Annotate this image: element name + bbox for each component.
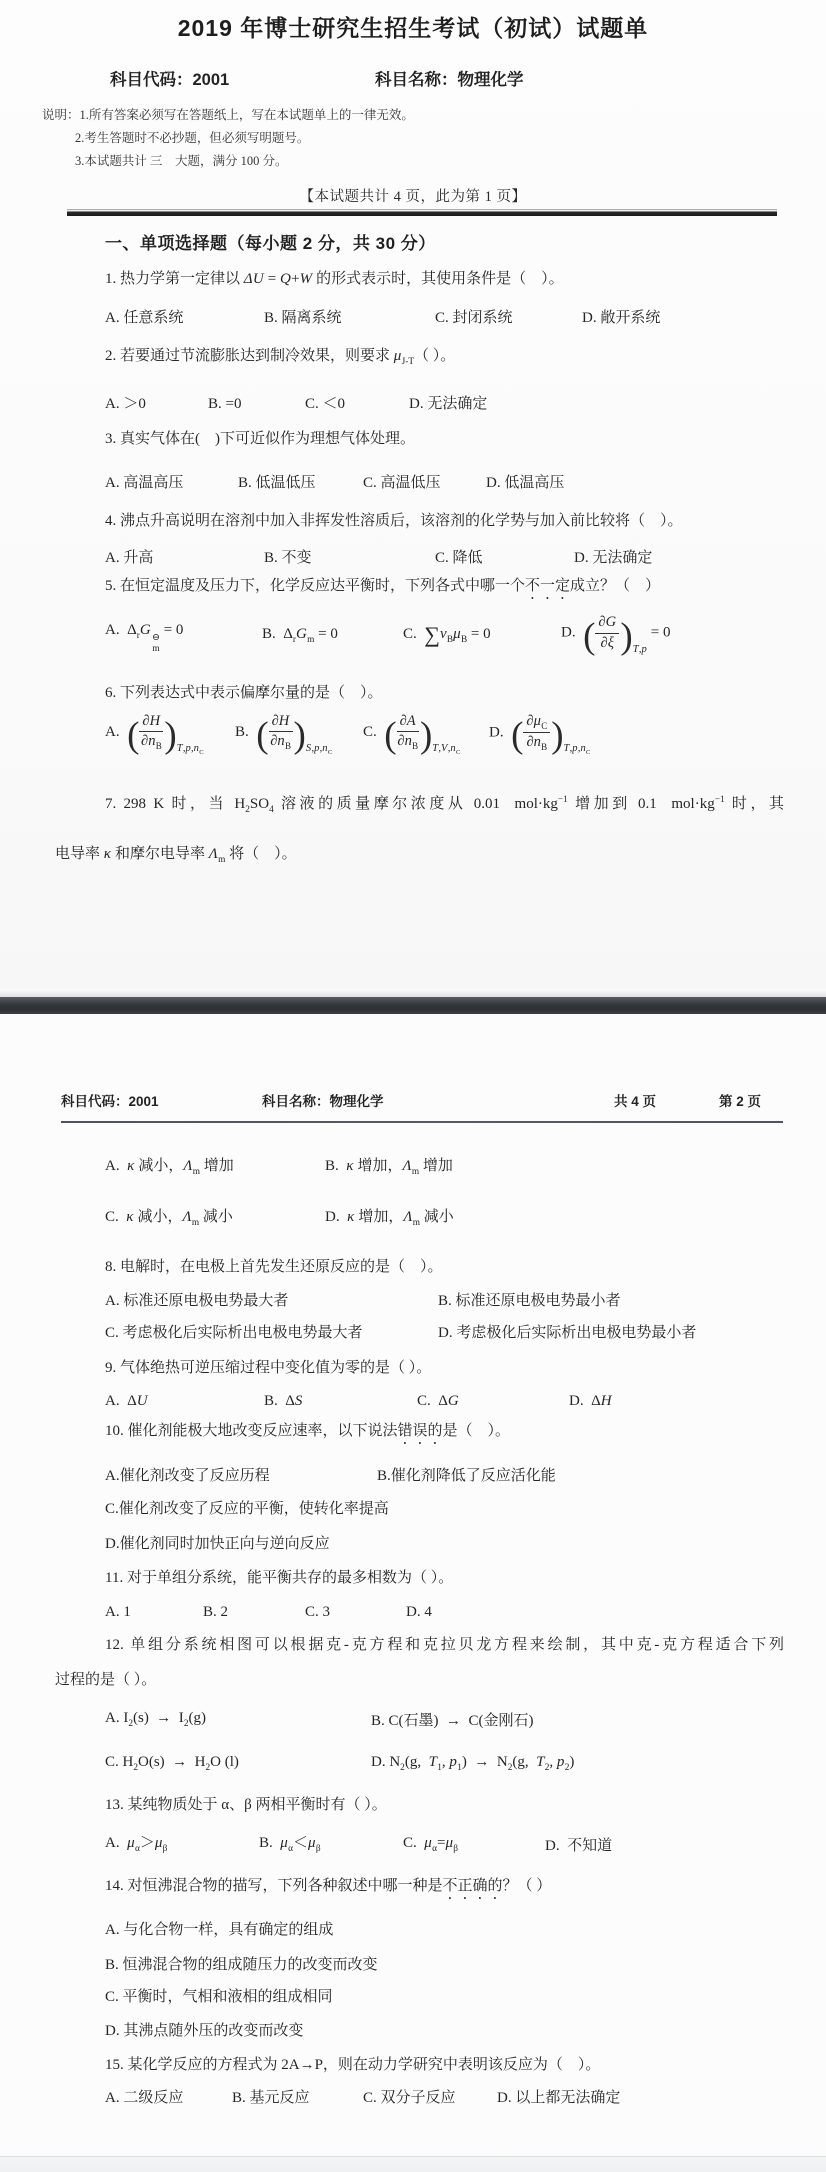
header-subject-name: 科目名称：物理化学 bbox=[262, 1093, 614, 1111]
note-line-1: 说明：1.所有答案必须写在答题纸上，写在本试题单上的一律无效。 bbox=[42, 104, 784, 127]
header-subject-code: 科目代码：2001 bbox=[61, 1093, 262, 1111]
section-divider-rule bbox=[67, 209, 777, 216]
q15-option-c: C. 双分子反应 bbox=[363, 2088, 497, 2109]
page-count-marker: 【本试题共计 4 页，此为第 1 页】 bbox=[42, 187, 784, 207]
q1-option-c: C. 封闭系统 bbox=[435, 308, 582, 329]
q14-option-b: B. 恒沸混合物的组成随压力的改变而改变 bbox=[105, 1955, 784, 1976]
page-edge-shadow bbox=[0, 989, 826, 997]
q14-option-d: D. 其沸点随外压的改变而改变 bbox=[105, 2021, 784, 2042]
question-13-options: A. μα＞μβ B. μα＜μβ C. μα=μβ D. 不知道 bbox=[105, 1833, 784, 1860]
question-12-stem: 12. 单组分系统相图可以根据克-克方程和克拉贝龙方程来绘制，其中克-克方程适合… bbox=[55, 1634, 784, 1691]
q8-option-d: D. 考虑极化后实际析出电极电势最小者 bbox=[438, 1323, 784, 1344]
q4-option-a: A. 升高 bbox=[105, 548, 264, 569]
q2-option-b: B. =0 bbox=[208, 394, 305, 415]
q15-option-b: B. 基元反应 bbox=[232, 2088, 363, 2109]
q15-option-d: D. 以上都无法确定 bbox=[497, 2088, 784, 2109]
q5-option-b: B. ΔrGm = 0 bbox=[262, 624, 403, 651]
q1-option-b: B. 隔离系统 bbox=[264, 308, 435, 329]
question-7-options-row-2: C. κ 减小，Λm 减小 D. κ 增加，Λm 减小 bbox=[105, 1207, 784, 1234]
q5-option-d: D. (∂G∂ξ)T,p = 0 bbox=[561, 614, 784, 659]
question-5-options: A. ΔrG⊖m = 0 B. ΔrGm = 0 C. ∑νBμB = 0 D.… bbox=[105, 609, 784, 665]
q14-option-a: A. 与化合物一样，具有确定的组成 bbox=[105, 1920, 784, 1941]
q13-option-b: B. μα＜μβ bbox=[259, 1833, 403, 1860]
question-3-options: A. 高温高压 B. 低温低压 C. 高温低压 D. 低温高压 bbox=[105, 473, 784, 494]
q12-stem-line-2: 过程的是（ ）。 bbox=[55, 1669, 784, 1691]
question-11-options: A. 1 B. 2 C. 3 D. 4 bbox=[105, 1602, 784, 1623]
question-2-stem: 2. 若要通过节流膨胀达到制冷效果，则要求 μJ-T（ ）。 bbox=[105, 346, 784, 373]
q12-option-a: A. I2(s) → I2(g) bbox=[105, 1708, 371, 1735]
q8-option-c: C. 考虑极化后实际析出电极电势最大者 bbox=[105, 1323, 438, 1344]
q3-option-d: D. 低温高压 bbox=[486, 473, 784, 494]
notes-label: 说明： bbox=[42, 108, 80, 122]
q4-option-d: D. 无法确定 bbox=[574, 548, 784, 569]
q10-option-a: A.催化剂改变了反应历程 bbox=[105, 1466, 377, 1487]
question-8-options-row-2: C. 考虑极化后实际析出电极电势最大者 D. 考虑极化后实际析出电极电势最小者 bbox=[105, 1323, 784, 1344]
q12-option-b: B. C(石墨) → C(金刚石) bbox=[371, 1711, 784, 1732]
question-9-stem: 9. 气体绝热可逆压缩过程中变化值为零的是（ ）。 bbox=[105, 1358, 784, 1379]
question-9-options: A. ΔU B. ΔS C. ΔG D. ΔH bbox=[105, 1391, 784, 1412]
note-line-2: 2.考生答题时不必抄题，但必须写明题号。 bbox=[75, 127, 784, 150]
q14-option-c: C. 平衡时，气相和液相的组成相同 bbox=[105, 1987, 784, 2008]
q3-option-b: B. 低温低压 bbox=[238, 473, 363, 494]
q13-option-c: C. μα=μβ bbox=[403, 1833, 545, 1860]
page-2: 科目代码：2001 科目名称：物理化学 共 4 页 第 2 页 A. κ 减小，… bbox=[0, 1014, 826, 2172]
q12-stem-line-1: 12. 单组分系统相图可以根据克-克方程和克拉贝龙方程来绘制，其中克-克方程适合… bbox=[55, 1634, 784, 1656]
subject-name: 科目名称：物理化学 bbox=[375, 69, 524, 91]
q7-stem-line-2: 电导率 κ 和摩尔电导率 Λm 将（ ）。 bbox=[55, 843, 784, 871]
q11-option-a: A. 1 bbox=[105, 1602, 203, 1623]
q10-option-b: B.催化剂降低了反应活化能 bbox=[377, 1466, 784, 1487]
question-10-options-row-1: A.催化剂改变了反应历程 B.催化剂降低了反应活化能 bbox=[105, 1466, 784, 1487]
q13-option-a: A. μα＞μβ bbox=[105, 1833, 259, 1860]
q9-option-c: C. ΔG bbox=[417, 1391, 569, 1412]
page-2-header: 科目代码：2001 科目名称：物理化学 共 4 页 第 2 页 bbox=[61, 1093, 784, 1111]
q7-option-b: B. κ 增加，Λm 增加 bbox=[325, 1156, 784, 1183]
q11-option-d: D. 4 bbox=[406, 1602, 784, 1623]
q4-option-b: B. 不变 bbox=[264, 548, 435, 569]
question-8-options-row-1: A. 标准还原电极电势最大者 B. 标准还原电极电势最小者 bbox=[105, 1291, 784, 1312]
q10-option-d: D.催化剂同时加快正向与逆向反应 bbox=[105, 1534, 784, 1555]
question-1-stem: 1. 热力学第一定律以 ΔU = Q+W 的形式表示时，其使用条件是（ ）。 bbox=[105, 269, 784, 290]
exam-title: 2019 年博士研究生招生考试（初试）试题单 bbox=[42, 12, 784, 44]
q2-option-a: A. ＞0 bbox=[105, 394, 208, 415]
question-6-stem: 6. 下列表达式中表示偏摩尔量的是（ ）。 bbox=[105, 683, 784, 704]
exam-notes: 说明：1.所有答案必须写在答题纸上，写在本试题单上的一律无效。 2.考生答题时不… bbox=[42, 104, 784, 173]
q2-option-d: D. 无法确定 bbox=[409, 394, 784, 415]
question-3-stem: 3. 真实气体在( )下可近似作为理想气体处理。 bbox=[105, 429, 784, 450]
note-1-text: 1.所有答案必须写在答题纸上，写在本试题单上的一律无效。 bbox=[80, 108, 414, 122]
q9-option-b: B. ΔS bbox=[264, 1391, 417, 1412]
question-4-options: A. 升高 B. 不变 C. 降低 D. 无法确定 bbox=[105, 548, 784, 569]
q6-option-d: D. (∂μC∂nB)T,p,nC bbox=[489, 713, 784, 764]
q1-option-a: A. 任意系统 bbox=[105, 308, 264, 329]
q9-option-d: D. ΔH bbox=[569, 1391, 784, 1412]
q15-option-a: A. 二级反应 bbox=[105, 2088, 232, 2109]
q3-option-c: C. 高温低压 bbox=[363, 473, 486, 494]
q12-option-d: D. N2(g, T1, p1) → N2(g, T2, p2) bbox=[371, 1752, 784, 1779]
q7-stem-line-1: 7. 298 K 时，当 H2SO4 溶液的质量摩尔浓度从 0.01 mol·k… bbox=[55, 789, 784, 821]
q11-option-b: B. 2 bbox=[203, 1602, 305, 1623]
header-page-number: 第 2 页 bbox=[719, 1093, 784, 1111]
question-5-stem: 5. 在恒定温度及压力下，化学反应达平衡时，下列各式中哪一个不一定成立？（ ） bbox=[105, 576, 784, 603]
question-1-options: A. 任意系统 B. 隔离系统 C. 封闭系统 D. 敞开系统 bbox=[105, 308, 784, 329]
subject-code: 科目代码：2001 bbox=[110, 69, 375, 91]
question-15-options: A. 二级反应 B. 基元反应 C. 双分子反应 D. 以上都无法确定 bbox=[105, 2088, 784, 2109]
q8-option-b: B. 标准还原电极电势最小者 bbox=[438, 1291, 784, 1312]
page-1: 2019 年博士研究生招生考试（初试）试题单 科目代码：2001 科目名称：物理… bbox=[0, 0, 826, 989]
q5-option-c: C. ∑νBμB = 0 bbox=[403, 624, 561, 651]
q10-option-c: C.催化剂改变了反应的平衡，使转化率提高 bbox=[105, 1499, 784, 1520]
question-11-stem: 11. 对于单组分系统，能平衡共存的最多相数为（ ）。 bbox=[105, 1568, 784, 1589]
q7-option-d: D. κ 增加，Λm 减小 bbox=[325, 1207, 784, 1234]
subject-row: 科目代码：2001 科目名称：物理化学 bbox=[110, 69, 784, 91]
q8-option-a: A. 标准还原电极电势最大者 bbox=[105, 1291, 438, 1312]
question-7-options-row-1: A. κ 减小，Λm 增加 B. κ 增加，Λm 增加 bbox=[105, 1156, 784, 1183]
header-rule bbox=[61, 1121, 783, 1123]
q5-option-a: A. ΔrG⊖m = 0 bbox=[105, 620, 262, 655]
scanned-exam-sheet: 2019 年博士研究生招生考试（初试）试题单 科目代码：2001 科目名称：物理… bbox=[0, 0, 826, 2172]
question-10-stem: 10. 催化剂能极大地改变反应速率，以下说法错误的是（ ）。 bbox=[105, 1421, 784, 1448]
question-8-stem: 8. 电解时，在电极上首先发生还原反应的是（ ）。 bbox=[105, 1257, 784, 1278]
page-separator-band bbox=[0, 997, 826, 1014]
section-heading: 一、单项选择题（每小题 2 分，共 30 分） bbox=[105, 232, 784, 256]
q7-option-a: A. κ 减小，Λm 增加 bbox=[105, 1156, 325, 1183]
bottom-scan-edge bbox=[0, 2156, 826, 2172]
note-line-3: 3.本试题共计 三 大题，满分 100 分。 bbox=[75, 150, 784, 173]
question-2-options: A. ＞0 B. =0 C. ＜0 D. 无法确定 bbox=[105, 394, 784, 415]
question-15-stem: 15. 某化学反应的方程式为 2A→P，则在动力学研究中表明该反应为（ ）。 bbox=[105, 2055, 784, 2076]
q3-option-a: A. 高温高压 bbox=[105, 473, 238, 494]
question-14-stem: 14. 对恒沸混合物的描写，下列各种叙述中哪一种是不正确的？（ ） bbox=[105, 1876, 784, 1903]
question-7-stem: 7. 298 K 时，当 H2SO4 溶液的质量摩尔浓度从 0.01 mol·k… bbox=[55, 789, 784, 871]
question-4-stem: 4. 沸点升高说明在溶剂中加入非挥发性溶质后，该溶剂的化学势与加入前比较将（ ）… bbox=[105, 511, 784, 532]
q1-option-d: D. 敞开系统 bbox=[582, 308, 784, 329]
question-12-options-row-2: C. H2O(s) → H2O (l) D. N2(g, T1, p1) → N… bbox=[105, 1752, 784, 1779]
q11-option-c: C. 3 bbox=[305, 1602, 406, 1623]
q9-option-a: A. ΔU bbox=[105, 1391, 264, 1412]
q2-option-c: C. ＜0 bbox=[305, 394, 409, 415]
q13-option-d: D. 不知道 bbox=[545, 1836, 784, 1857]
q4-option-c: C. 降低 bbox=[435, 548, 574, 569]
q7-option-c: C. κ 减小，Λm 减小 bbox=[105, 1207, 325, 1234]
question-13-stem: 13. 某纯物质处于 α、β 两相平衡时有（ ）。 bbox=[105, 1795, 784, 1816]
question-12-options-row-1: A. I2(s) → I2(g) B. C(石墨) → C(金刚石) bbox=[105, 1708, 784, 1735]
question-6-options: A. (∂H∂nB)T,p,nC B. (∂H∂nB)S,p,nC C. (∂A… bbox=[105, 710, 784, 766]
q6-option-c: C. (∂A∂nB)T,V,nC bbox=[363, 713, 489, 763]
q6-option-a: A. (∂H∂nB)T,p,nC bbox=[105, 713, 235, 763]
q6-option-b: B. (∂H∂nB)S,p,nC bbox=[235, 713, 363, 763]
q12-option-c: C. H2O(s) → H2O (l) bbox=[105, 1752, 371, 1779]
header-pages-total: 共 4 页 bbox=[614, 1093, 719, 1111]
